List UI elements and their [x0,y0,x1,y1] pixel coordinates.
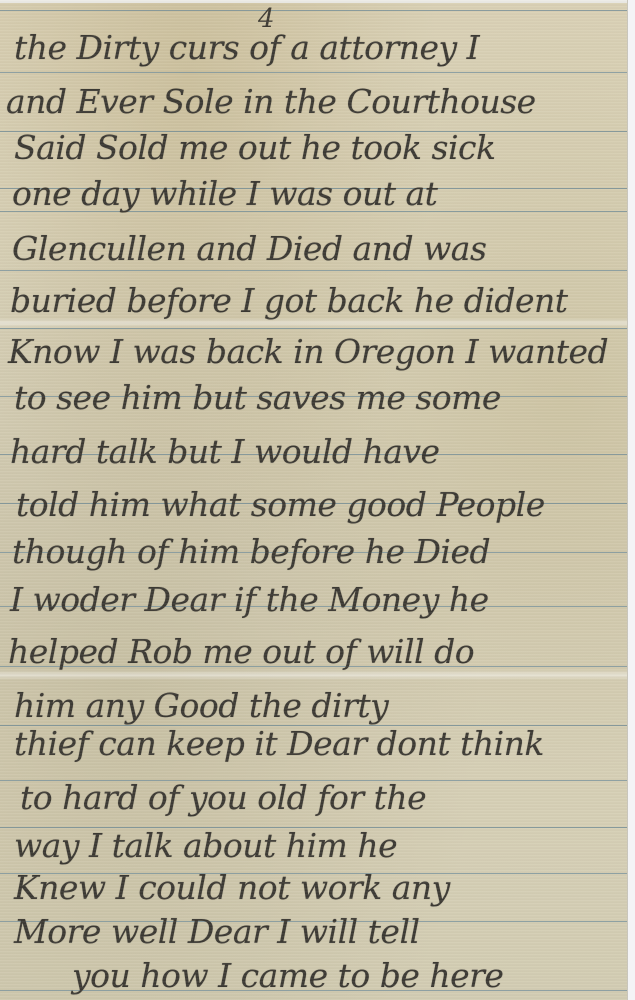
handwritten-line: one day while I was out at [12,174,437,213]
handwritten-line: thief can keep it Dear dont think [14,724,544,763]
ruled-line [0,328,628,329]
handwritten-line: Said Sold me out he took sick [14,128,496,167]
scan-right-border [627,0,635,1000]
handwritten-line: the Dirty curs of a attorney I [14,28,479,67]
handwritten-line: buried before I got back he dident [10,281,568,320]
handwritten-line: helped Rob me out of will do [8,632,474,671]
paper-fold-crease [0,670,628,680]
handwritten-line: you how I came to be here [72,956,503,995]
ruled-line [0,270,628,271]
handwritten-line: Glencullen and Died and was [12,229,486,268]
letter-page-scan: 4 the Dirty curs of a attorney I and Eve… [0,0,628,1000]
handwritten-line: More well Dear I will tell [14,912,420,951]
handwritten-line: way I talk about him he [14,826,397,865]
handwritten-line: Know I was back in Oregon I wanted [8,332,608,371]
handwritten-line: to see him but saves me some [14,378,501,417]
handwritten-line: him any Good the dirty [14,686,388,725]
handwritten-line: though of him before he Died [12,532,490,571]
handwritten-line: and Ever Sole in the Courthouse [6,82,536,121]
ruled-line [0,10,628,11]
ruled-line [0,72,628,73]
handwritten-line: I woder Dear if the Money he [10,580,489,619]
scan-top-border [0,0,628,3]
handwritten-line: hard talk but I would have [10,432,440,471]
handwritten-line: told him what some good People [16,485,545,524]
handwritten-line: to hard of you old for the [20,778,426,817]
handwritten-line: Knew I could not work any [14,868,450,907]
